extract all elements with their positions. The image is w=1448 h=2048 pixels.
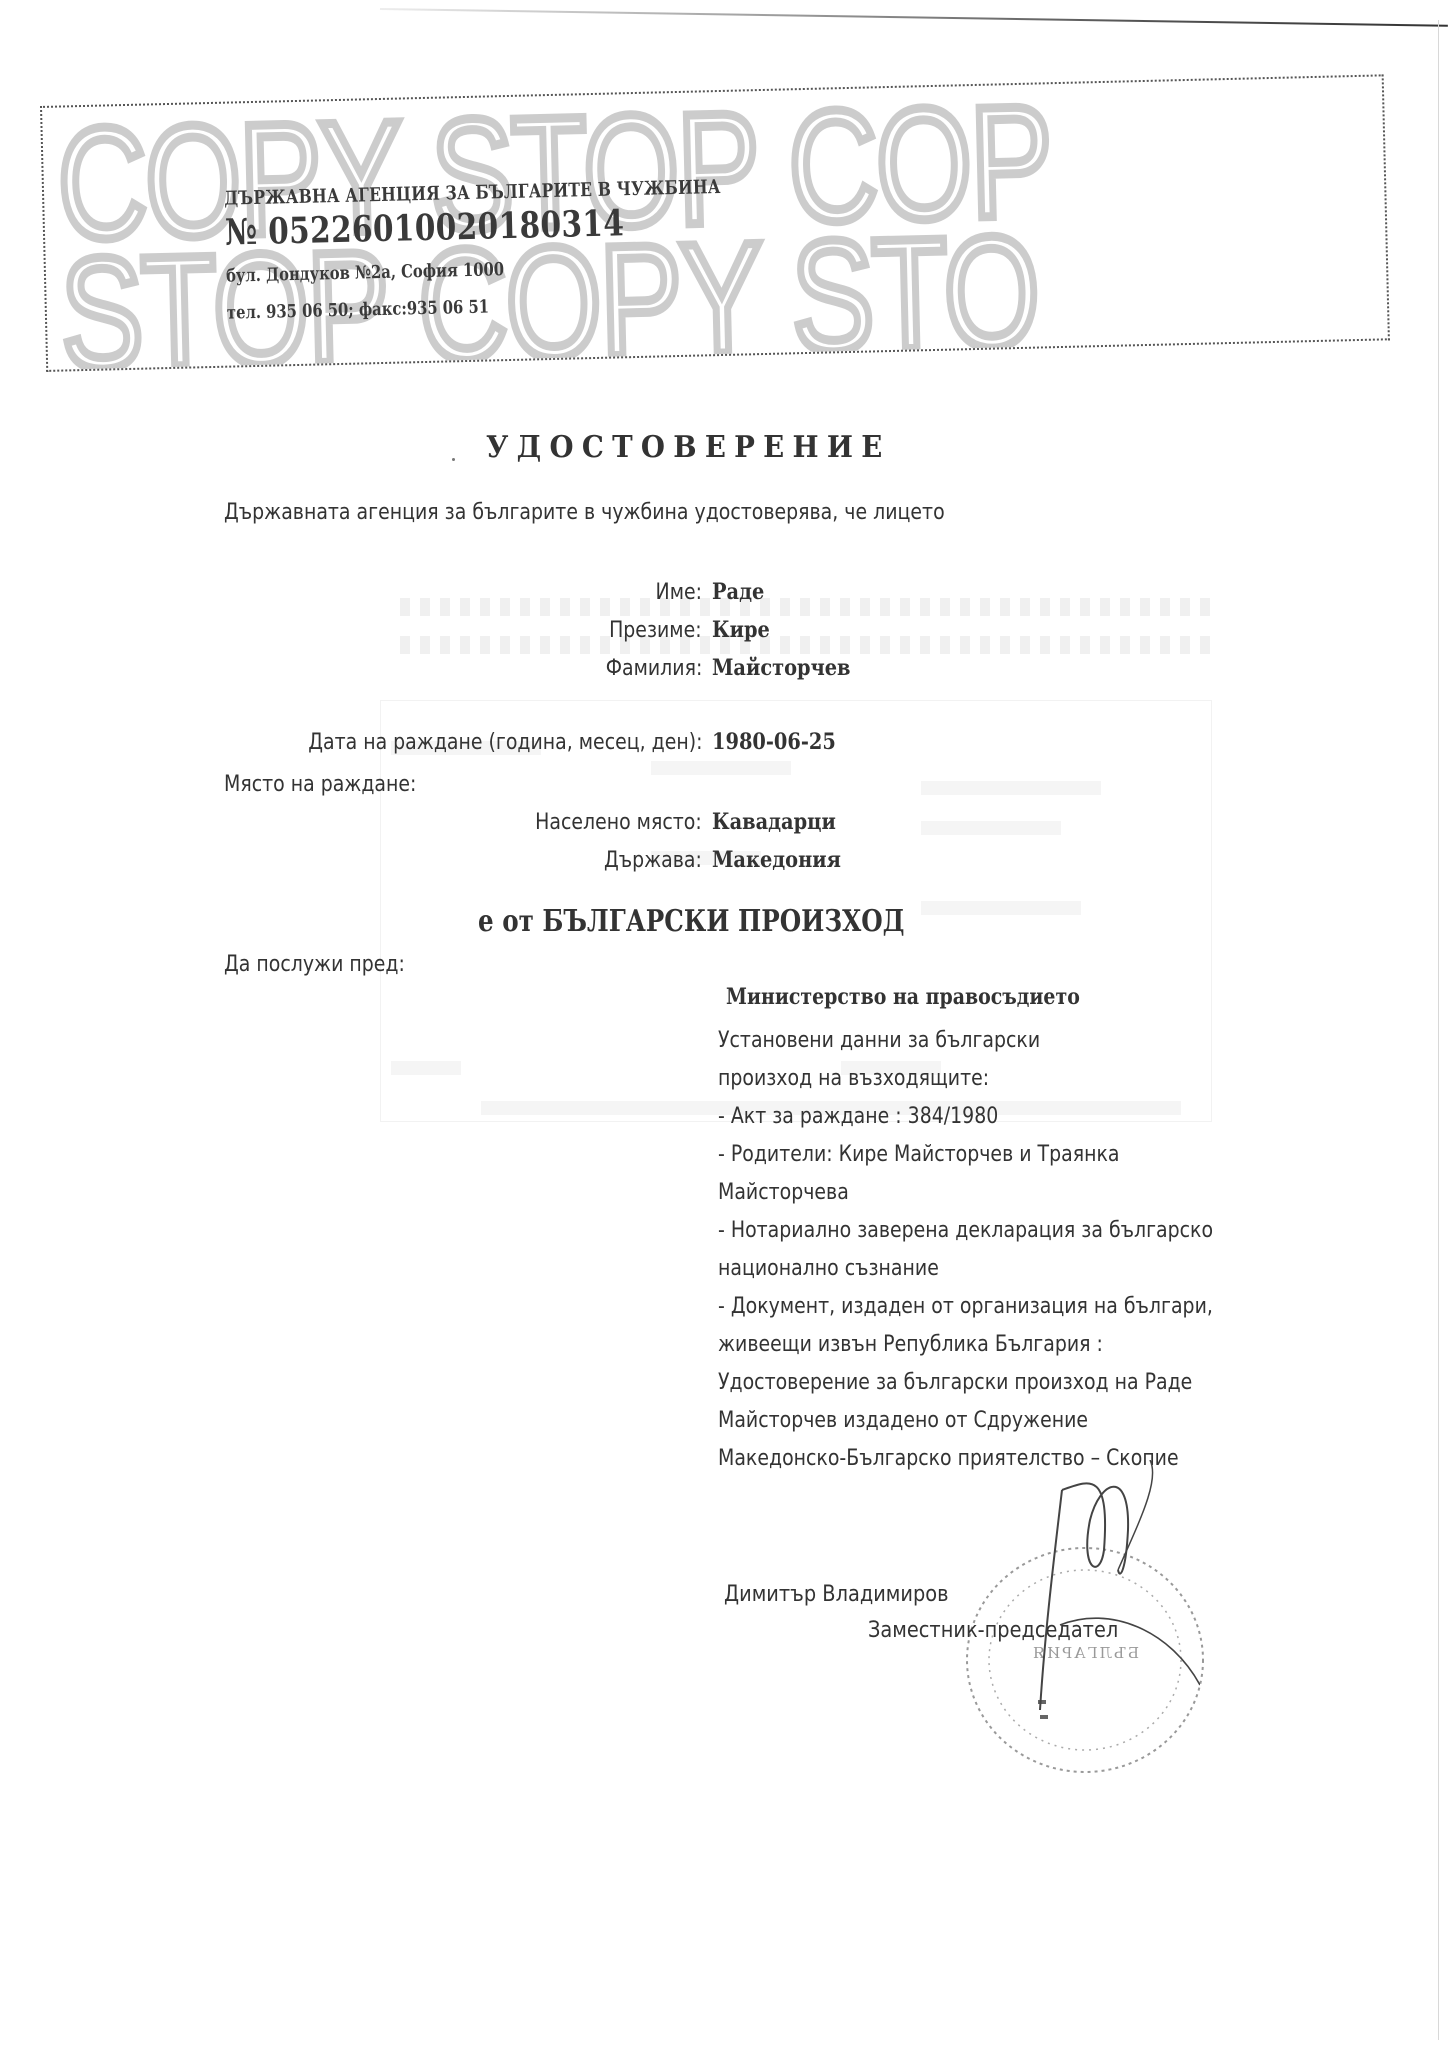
details-line: Майсторчева bbox=[718, 1174, 1213, 1212]
serve-before-label: Да послужи пред: bbox=[224, 952, 405, 977]
field-settlement: Населено място: Кавадарци bbox=[0, 810, 1448, 844]
details-line: - Нотариално заверена декларация за бълг… bbox=[718, 1212, 1213, 1250]
bleed-through-line bbox=[391, 1061, 461, 1075]
details-line: Установени данни за български bbox=[718, 1022, 1213, 1060]
birth-date-value: 1980-06-25 bbox=[712, 729, 836, 755]
official-seal-icon: БЪЛГАРИЯ bbox=[960, 1540, 1210, 1780]
seal-text: БЪЛГАРИЯ bbox=[1031, 1644, 1139, 1662]
last-name-value: Майсторчев bbox=[712, 655, 851, 681]
agency-address: бул. Дондуков №2а, София 1000 bbox=[226, 254, 723, 287]
agency-phones: тел. 935 06 50; факс:935 06 51 bbox=[227, 291, 724, 324]
page-edge-right bbox=[1438, 20, 1439, 2040]
field-country: Държава: Македония bbox=[0, 848, 1448, 882]
field-middle-name: Презиме: Кире bbox=[0, 618, 1448, 652]
birth-place-label: Място на раждане: bbox=[224, 772, 416, 797]
settlement-label: Населено място: bbox=[535, 810, 702, 835]
first-name-label: Име: bbox=[656, 580, 702, 605]
details-line: Удостоверение за български произход на Р… bbox=[718, 1364, 1213, 1402]
details-line: - Родители: Кире Майсторчев и Траянка bbox=[718, 1136, 1213, 1174]
field-first-name: Име: Раде bbox=[0, 580, 1448, 614]
middle-name-label: Презиме: bbox=[609, 618, 702, 643]
intro-text: Държавната агенция за българите в чужбин… bbox=[224, 500, 945, 525]
document-title: УДОСТОВЕРЕНИЕ bbox=[486, 430, 891, 465]
origin-details: Установени данни за български произход н… bbox=[718, 1022, 1213, 1478]
details-line: Майсторчев издадено от Сдружение bbox=[718, 1402, 1213, 1440]
signatory-name: Димитър Владимиров bbox=[724, 1582, 949, 1607]
details-line: национално съзнание bbox=[718, 1250, 1213, 1288]
agency-info: ДЪРЖАВНА АГЕНЦИЯ ЗА БЪЛГАРИТЕ В ЧУЖБИНА … bbox=[224, 176, 724, 324]
scan-speck bbox=[452, 458, 455, 461]
country-label: Държава: bbox=[604, 848, 702, 873]
bleed-through-line bbox=[921, 781, 1101, 795]
bleed-through-line bbox=[921, 901, 1081, 915]
details-line: произход на възходящите: bbox=[718, 1060, 1213, 1098]
details-line: живеещи извън Република България : bbox=[718, 1326, 1213, 1364]
serve-before-value: Министерство на правосъдието bbox=[726, 984, 1080, 1010]
settlement-value: Кавадарци bbox=[712, 809, 836, 835]
signatory-title: Заместник-председател bbox=[868, 1618, 1118, 1643]
middle-name-value: Кире bbox=[712, 617, 770, 643]
details-line: - Акт за раждане : 384/1980 bbox=[718, 1098, 1213, 1136]
country-value: Македония bbox=[712, 847, 841, 873]
details-line: - Документ, издаден от организация на бъ… bbox=[718, 1288, 1213, 1326]
details-line: Македонско-Българско приятелство – Скопи… bbox=[718, 1440, 1213, 1478]
page-edge-top bbox=[380, 8, 1448, 27]
header-security-box: COPY STOP COP STOP COPY STO ДЪРЖАВНА АГЕ… bbox=[40, 74, 1390, 372]
birth-date-label: Дата на раждане (година, месец, ден): bbox=[308, 730, 702, 755]
document-number: № 05226010020180314 bbox=[225, 200, 722, 254]
field-birth-date: Дата на раждане (година, месец, ден): 19… bbox=[0, 730, 1448, 764]
last-name-label: Фамилия: bbox=[605, 656, 702, 681]
handwritten-signature-icon bbox=[1000, 1460, 1200, 1720]
origin-statement: е от БЪЛГАРСКИ ПРОИЗХОД bbox=[478, 904, 905, 939]
first-name-value: Раде bbox=[712, 579, 764, 605]
field-last-name: Фамилия: Майсторчев bbox=[0, 656, 1448, 690]
